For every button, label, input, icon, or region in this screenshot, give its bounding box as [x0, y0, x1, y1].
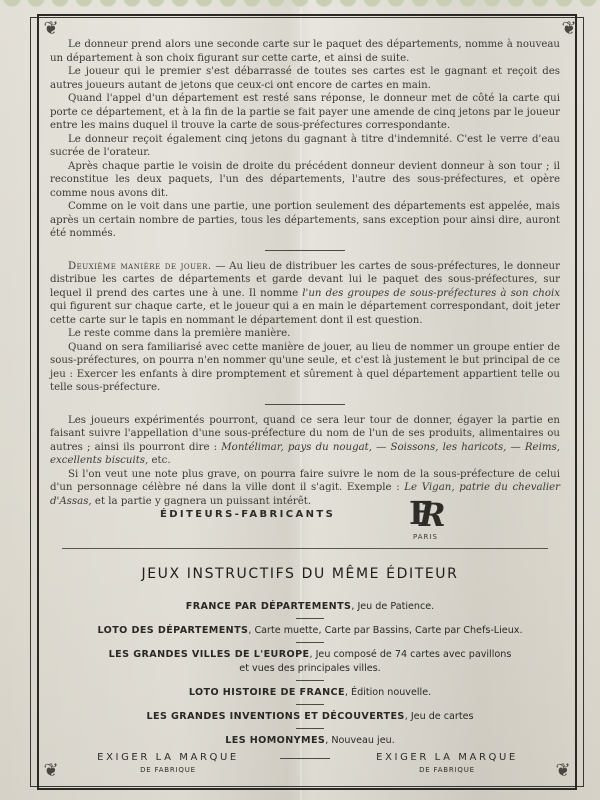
item-divider [296, 618, 324, 619]
paragraph: Après chaque partie le voisin de droite … [50, 160, 560, 201]
paragraph: Quand l'appel d'un département est resté… [50, 92, 560, 133]
editeurs-fabricants-label: ÉDITEURS-FABRICANTS [160, 509, 335, 520]
paragraph: Le donneur reçoit également cinq jetons … [50, 133, 560, 160]
catalog-item: LES GRANDES VILLES DE L'EUROPE, Jeu comp… [60, 648, 560, 676]
catalog-item: LOTO DES DÉPARTEMENTS, Carte muette, Car… [60, 624, 560, 638]
section-heading: Deuxième manière de jouer. [68, 261, 212, 272]
catalog-list: FRANCE PAR DÉPARTEMENTS, Jeu de Patience… [60, 600, 560, 748]
footer-divider [280, 758, 330, 759]
corner-ornament-icon: ❦ [40, 18, 62, 40]
item-divider [296, 680, 324, 681]
trademark-notice-right: EXIGER LA MARQUE DE FABRIQUE [357, 752, 537, 774]
item-divider [296, 642, 324, 643]
corner-ornament-icon: ❦ [552, 760, 574, 782]
catalog-item: LES HOMONYMES, Nouveau jeu. [60, 734, 560, 748]
section-divider [265, 250, 345, 251]
publisher-mark: ÉDITEURS-FABRICANTS F R PARIS [50, 495, 550, 547]
item-divider [296, 728, 324, 729]
rules-text: Le donneur prend alors une seconde carte… [50, 38, 560, 508]
paragraph: Le reste comme dans la première manière. [50, 327, 560, 341]
paragraph-deuxieme-maniere: Deuxième manière de jouer. — Au lieu de … [50, 260, 560, 328]
corner-ornament-icon: ❦ [40, 760, 62, 782]
paragraph: Le donneur prend alors une seconde carte… [50, 38, 560, 65]
monogram-logo-icon: F R [407, 495, 443, 531]
paragraph: Comme on le voit dans une partie, une po… [50, 200, 560, 241]
lace-edge [0, 0, 600, 10]
trademark-notice-left: EXIGER LA MARQUE DE FABRIQUE [78, 752, 258, 774]
paragraph: Le joueur qui le premier s'est débarrass… [50, 65, 560, 92]
monogram-city: PARIS [413, 533, 438, 541]
paragraph: Quand on sera familiarisé avec cette man… [50, 341, 560, 395]
catalog-item: FRANCE PAR DÉPARTEMENTS, Jeu de Patience… [60, 600, 560, 614]
item-divider [296, 704, 324, 705]
horizontal-rule [62, 548, 548, 549]
corner-ornament-icon: ❦ [558, 18, 580, 40]
catalog-item: LOTO HISTOIRE DE FRANCE, Édition nouvell… [60, 686, 560, 700]
section-divider [265, 404, 345, 405]
paragraph-experimentes: Les joueurs expérimentés pourront, quand… [50, 414, 560, 468]
catalog-title: JEUX INSTRUCTIFS DU MÊME ÉDITEUR [0, 566, 600, 582]
catalog-item: LES GRANDES INVENTIONS ET DÉCOUVERTES, J… [60, 710, 560, 724]
